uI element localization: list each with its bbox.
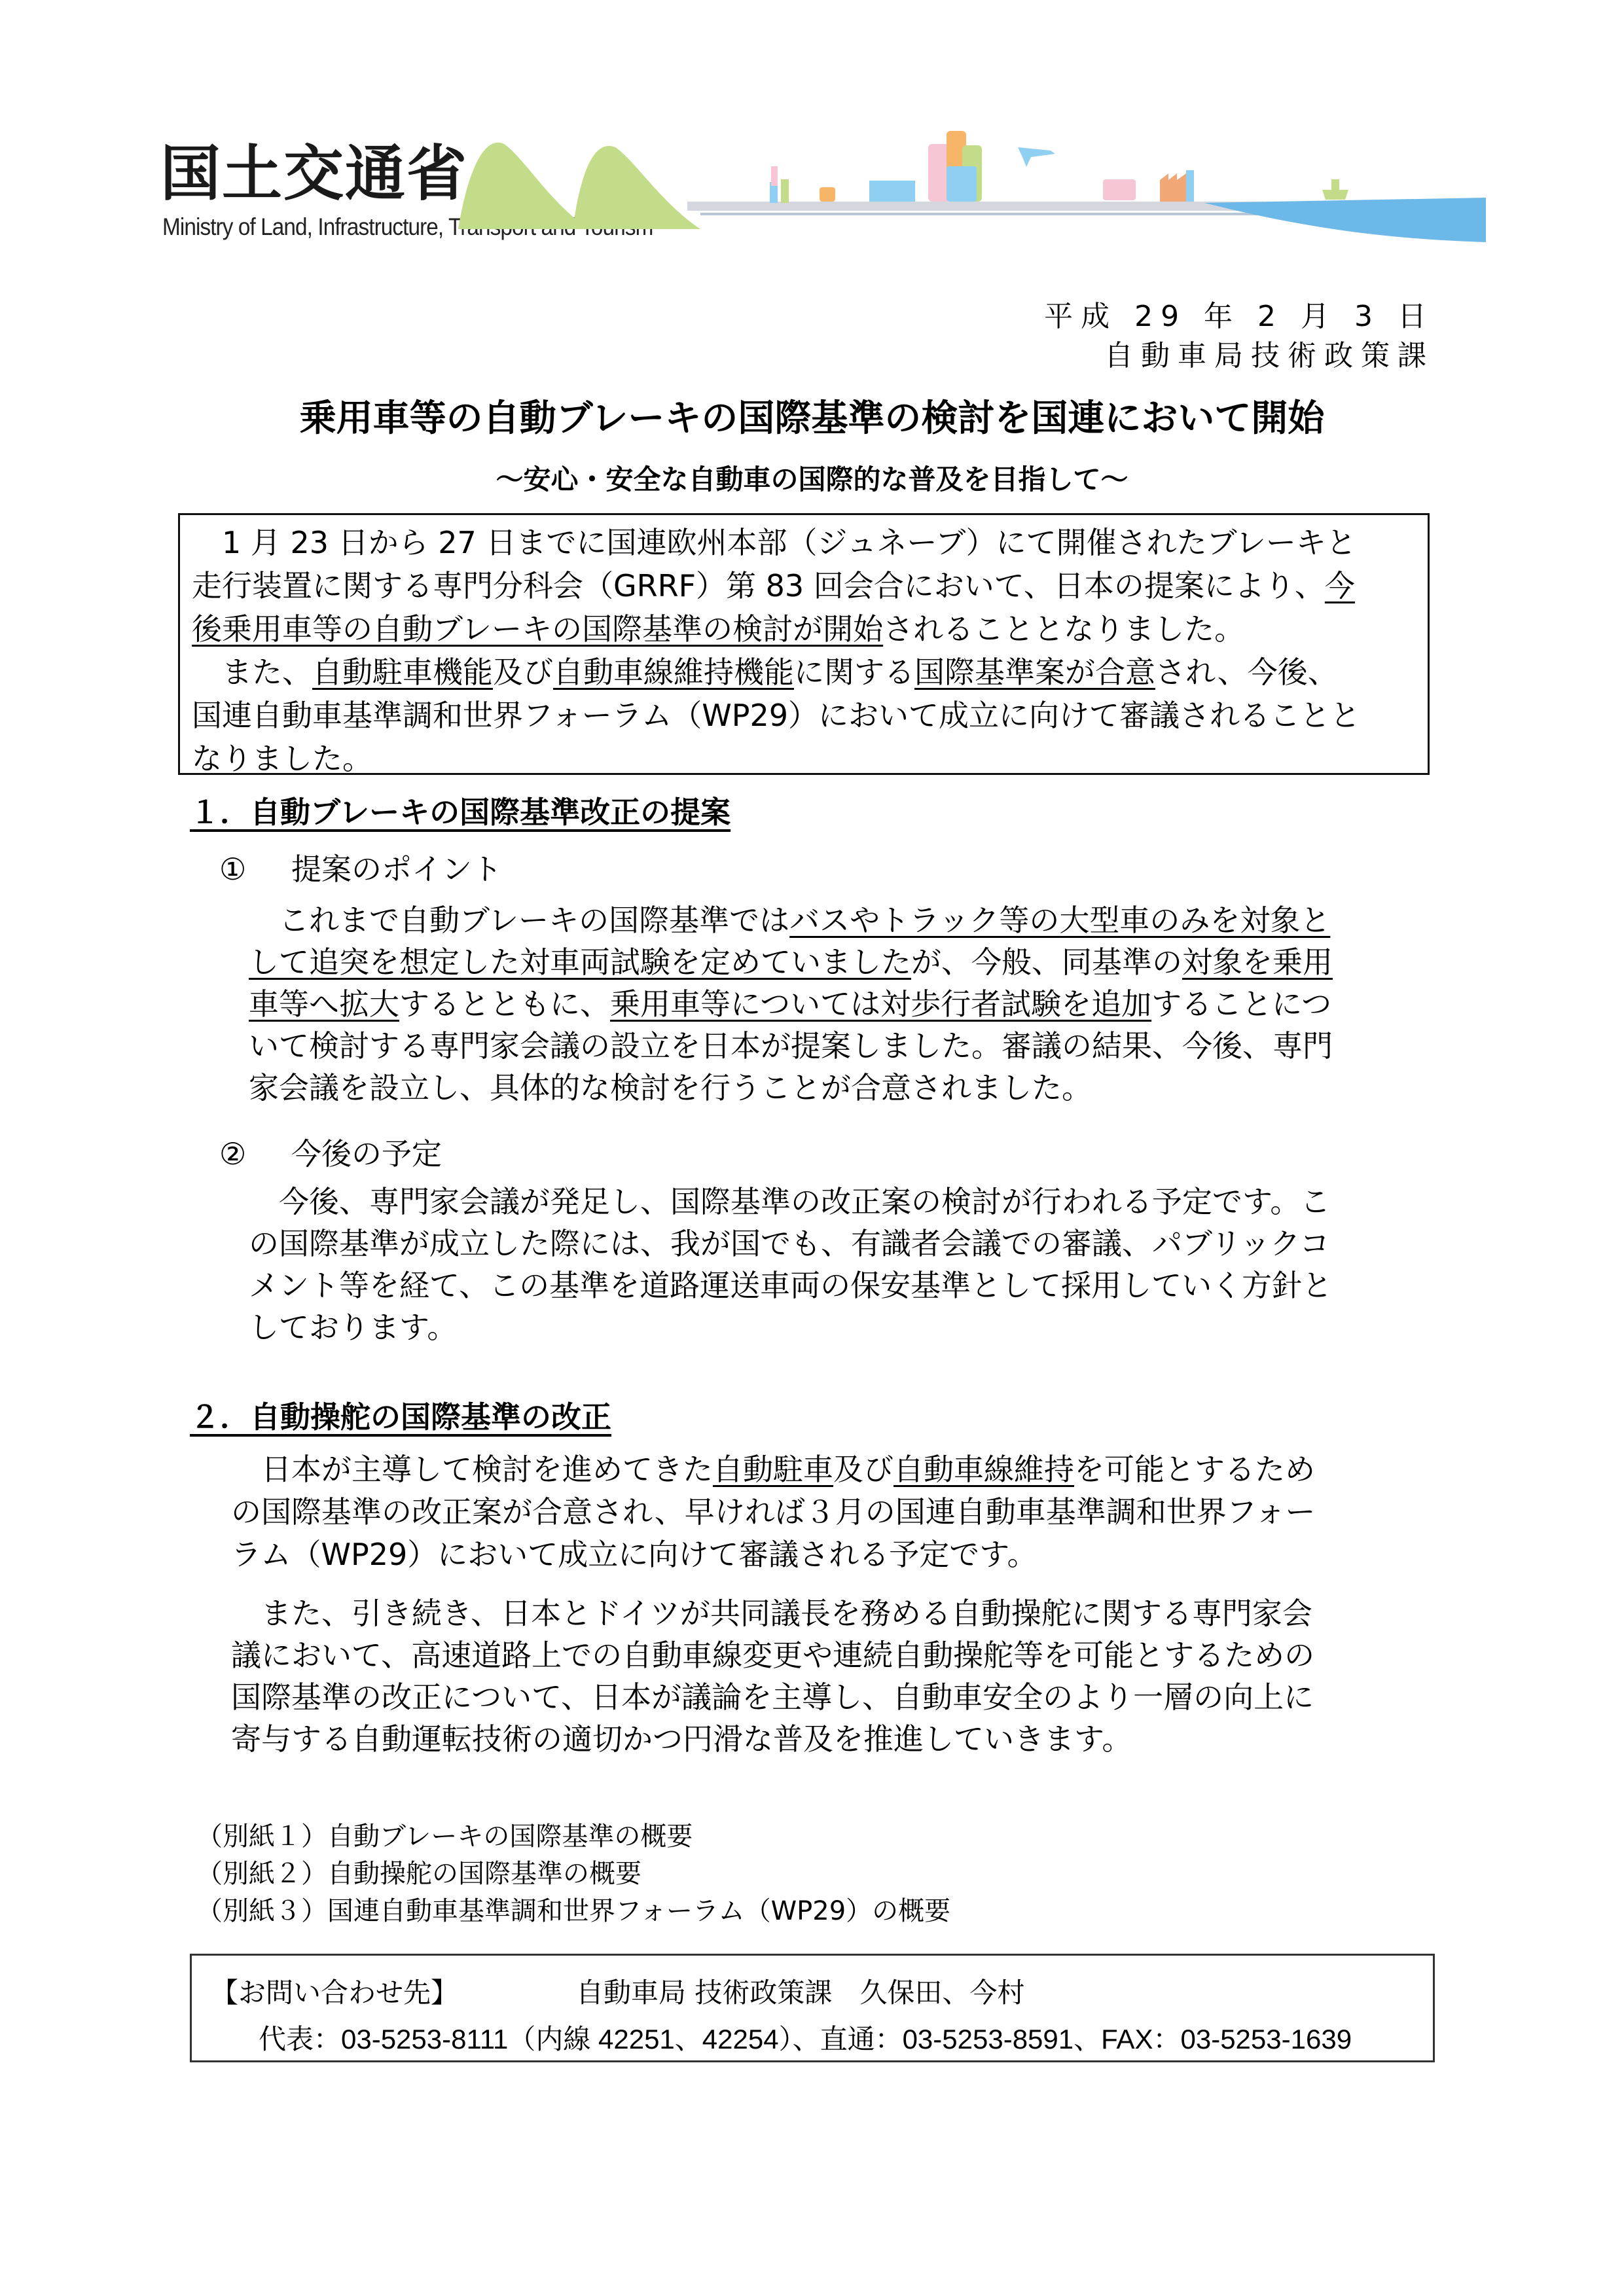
section1-item1-line: いて検討する専門家会議の設立を日本が提案しました。審議の結果、今後、専門	[249, 1031, 1333, 1061]
ministry-logo-jp: 国土交通省	[160, 144, 468, 204]
underlined-emphasis: 自動車線維持機能	[553, 655, 794, 690]
section2-para1-line: の国際基準の改正案が合意され、早ければ３月の国連自動車基準調和世界フォー	[231, 1497, 1315, 1527]
section1-item2-line: メント等を経て、この基準を道路運送車両の保安基準として採用していく方針と	[249, 1270, 1332, 1300]
annex-item: （別紙２）自動操舵の国際基準の概要	[196, 1861, 641, 1887]
text-run: され、今後、	[1155, 655, 1338, 690]
section1-heading: １．自動ブレーキの国際基準改正の提案	[190, 797, 731, 827]
section1-item2-line: 今後、専門家会議が発足し、国際基準の改正案の検討が行われる予定です。こ	[249, 1187, 1330, 1217]
section2-para2-line: 寄与する自動運転技術の適切かつ円滑な普及を推進していきます。	[231, 1724, 1132, 1754]
section2-heading: ２．自動操舵の国際基準の改正	[190, 1402, 611, 1432]
summary-line: 国連自動車基準調和世界フォーラム（WP29）において成立に向けて審議されることと	[192, 700, 1360, 730]
underlined-emphasis: 車等へ拡大	[249, 986, 399, 1022]
contact-name: 自動車局 技術政策課 久保田、今村	[576, 1979, 1024, 2007]
sea-icon	[1204, 198, 1486, 242]
airplane-icon	[1018, 147, 1055, 167]
factory-icon	[1160, 173, 1186, 202]
contact-label: 【お問い合わせ先】	[211, 1979, 458, 2007]
underlined-emphasis: バスやトラック等の大型車のみを対象と	[789, 903, 1330, 938]
text-run: 寄与する自動運転技術の適切かつ円滑な普及を推進していきます。	[231, 1721, 1132, 1757]
section1-item1-label: 提案のポイント	[291, 854, 502, 884]
summary-line: 後乗用車等の自動ブレーキの国際基準の検討が開始されることとなりました。	[192, 614, 1244, 644]
underlined-emphasis: して追突を想定した対車両試験を定めていました	[249, 944, 911, 980]
text-run: 走行装置に関する専門分科会（GRRF）第 83 回会合において、日本の提案により…	[192, 568, 1325, 603]
ship-icon	[1322, 190, 1348, 200]
hill-icon	[573, 146, 700, 229]
text-run: 議において、高速道路上での自動車線変更や連続自動操舵等を可能とするための	[231, 1638, 1314, 1673]
section1-item1-marker: ①	[219, 854, 246, 884]
underlined-emphasis: 乗用車等については対歩行者試験を追加	[610, 986, 1151, 1022]
text-run: 及び	[833, 1452, 893, 1487]
summary-line: 走行装置に関する専門分科会（GRRF）第 83 回会合において、日本の提案により…	[192, 571, 1355, 601]
text-run: されることとなりました。	[883, 611, 1244, 647]
contact-phones: 代表：03-5253-8111（内線 42251、42254）、直通：03-52…	[259, 2026, 1352, 2053]
section1-item2-line: しております。	[249, 1312, 457, 1342]
section1-item2-label: 今後の予定	[291, 1139, 442, 1169]
underlined-emphasis: 自動駐車機能	[312, 655, 493, 690]
issuing-department: 自動車局技術政策課	[1104, 342, 1434, 370]
text-run: 今後、専門家会議が発足し、国際基準の改正案の検討が行われる予定です。こ	[249, 1184, 1330, 1219]
underlined-emphasis: 自動駐車	[713, 1452, 833, 1487]
summary-line: なりました。	[192, 744, 372, 774]
section2-para1-line: ラム（WP29）において成立に向けて審議される予定です。	[231, 1539, 1038, 1570]
section1-item1-line: して追突を想定した対車両試験を定めていましたが、今般、同基準の対象を乗用	[249, 947, 1333, 977]
underlined-emphasis: 国際基準案が合意	[914, 655, 1155, 690]
underlined-emphasis: 自動車線維持	[893, 1452, 1074, 1487]
text-run: 国連自動車基準調和世界フォーラム（WP29）において成立に向けて審議されることと	[192, 698, 1360, 733]
underlined-emphasis: 今	[1325, 568, 1355, 603]
underlined-emphasis: 後乗用車等の自動ブレーキの国際基準の検討が開始	[192, 611, 883, 647]
section1-item2-marker: ②	[219, 1139, 246, 1169]
text-run: ラム（WP29）において成立に向けて審議される予定です。	[231, 1537, 1038, 1572]
text-run: が、今般、同基準の	[911, 944, 1182, 980]
page-title: 乗用車等の自動ブレーキの国際基準の検討を国連において開始	[0, 401, 1624, 437]
text-run: するとともに、	[399, 986, 610, 1022]
text-run: いて検討する専門家会議の設立を日本が提案しました。審議の結果、今後、専門	[249, 1028, 1333, 1064]
text-run: また、	[192, 655, 312, 690]
text-run: 国際基準の改正について、日本が議論を主導し、自動車安全のより一層の向上に	[231, 1679, 1314, 1715]
hill-icon	[458, 143, 589, 229]
text-run: の国際基準が成立した際には、我が国でも、有識者会議での審議、パブリックコ	[249, 1226, 1329, 1261]
logo-illustration	[458, 124, 1486, 249]
text-run: に関する	[794, 655, 914, 690]
text-run: また、引き続き、日本とドイツが共同議長を務める自動操舵に関する専門家会	[231, 1596, 1312, 1631]
section2-para2-line: 国際基準の改正について、日本が議論を主導し、自動車安全のより一層の向上に	[231, 1682, 1314, 1712]
section1-item1-line: 家会議を設立し、具体的な検討を行うことが合意されました。	[249, 1073, 1092, 1103]
page-subtitle: ～安心・安全な自動車の国際的な普及を目指して～	[0, 466, 1624, 493]
summary-line: 1 月 23 日から 27 日までに国連欧州本部（ジュネーブ）にて開催されたブレ…	[192, 528, 1356, 558]
text-run: 及び	[493, 655, 553, 690]
section2-para1-line: 日本が主導して検討を進めてきた自動駐車及び自動車線維持を可能とするため	[231, 1454, 1315, 1484]
section2-para2-line: また、引き続き、日本とドイツが共同議長を務める自動操舵に関する専門家会	[231, 1598, 1312, 1628]
section1-item2-line: の国際基準が成立した際には、我が国でも、有識者会議での審議、パブリックコ	[249, 1229, 1329, 1259]
annex-item: （別紙３）国連自動車基準調和世界フォーラム（WP29）の概要	[196, 1898, 950, 1924]
text-run: 家会議を設立し、具体的な検討を行うことが合意されました。	[249, 1070, 1092, 1105]
text-run: これまで自動ブレーキの国際基準では	[249, 903, 789, 938]
underlined-emphasis: 対象を乗用	[1182, 944, 1333, 980]
text-run: なりました。	[192, 741, 372, 776]
text-run: の国際基準の改正案が合意され、早ければ３月の国連自動車基準調和世界フォー	[231, 1494, 1315, 1530]
section1-item1-line: 車等へ拡大するとともに、乗用車等については対歩行者試験を追加することにつ	[249, 989, 1331, 1019]
text-run: メント等を経て、この基準を道路運送車両の保安基準として採用していく方針と	[249, 1268, 1332, 1303]
text-run: 日本が主導して検討を進めてきた	[231, 1452, 713, 1487]
text-run: を可能とするため	[1074, 1452, 1315, 1487]
text-run: しております。	[249, 1310, 457, 1345]
issue-date: 平成 29 年 2 月 3 日	[1044, 302, 1434, 331]
summary-line: また、自動駐車機能及び自動車線維持機能に関する国際基準案が合意され、今後、	[192, 657, 1338, 687]
section2-para2-line: 議において、高速道路上での自動車線変更や連続自動操舵等を可能とするための	[231, 1640, 1314, 1670]
section1-item1-line: これまで自動ブレーキの国際基準ではバスやトラック等の大型車のみを対象と	[249, 905, 1330, 935]
text-run: 1 月 23 日から 27 日までに国連欧州本部（ジュネーブ）にて開催されたブレ…	[192, 525, 1356, 560]
annex-item: （別紙１）自動ブレーキの国際基準の概要	[196, 1823, 693, 1850]
text-run: することにつ	[1151, 986, 1331, 1022]
